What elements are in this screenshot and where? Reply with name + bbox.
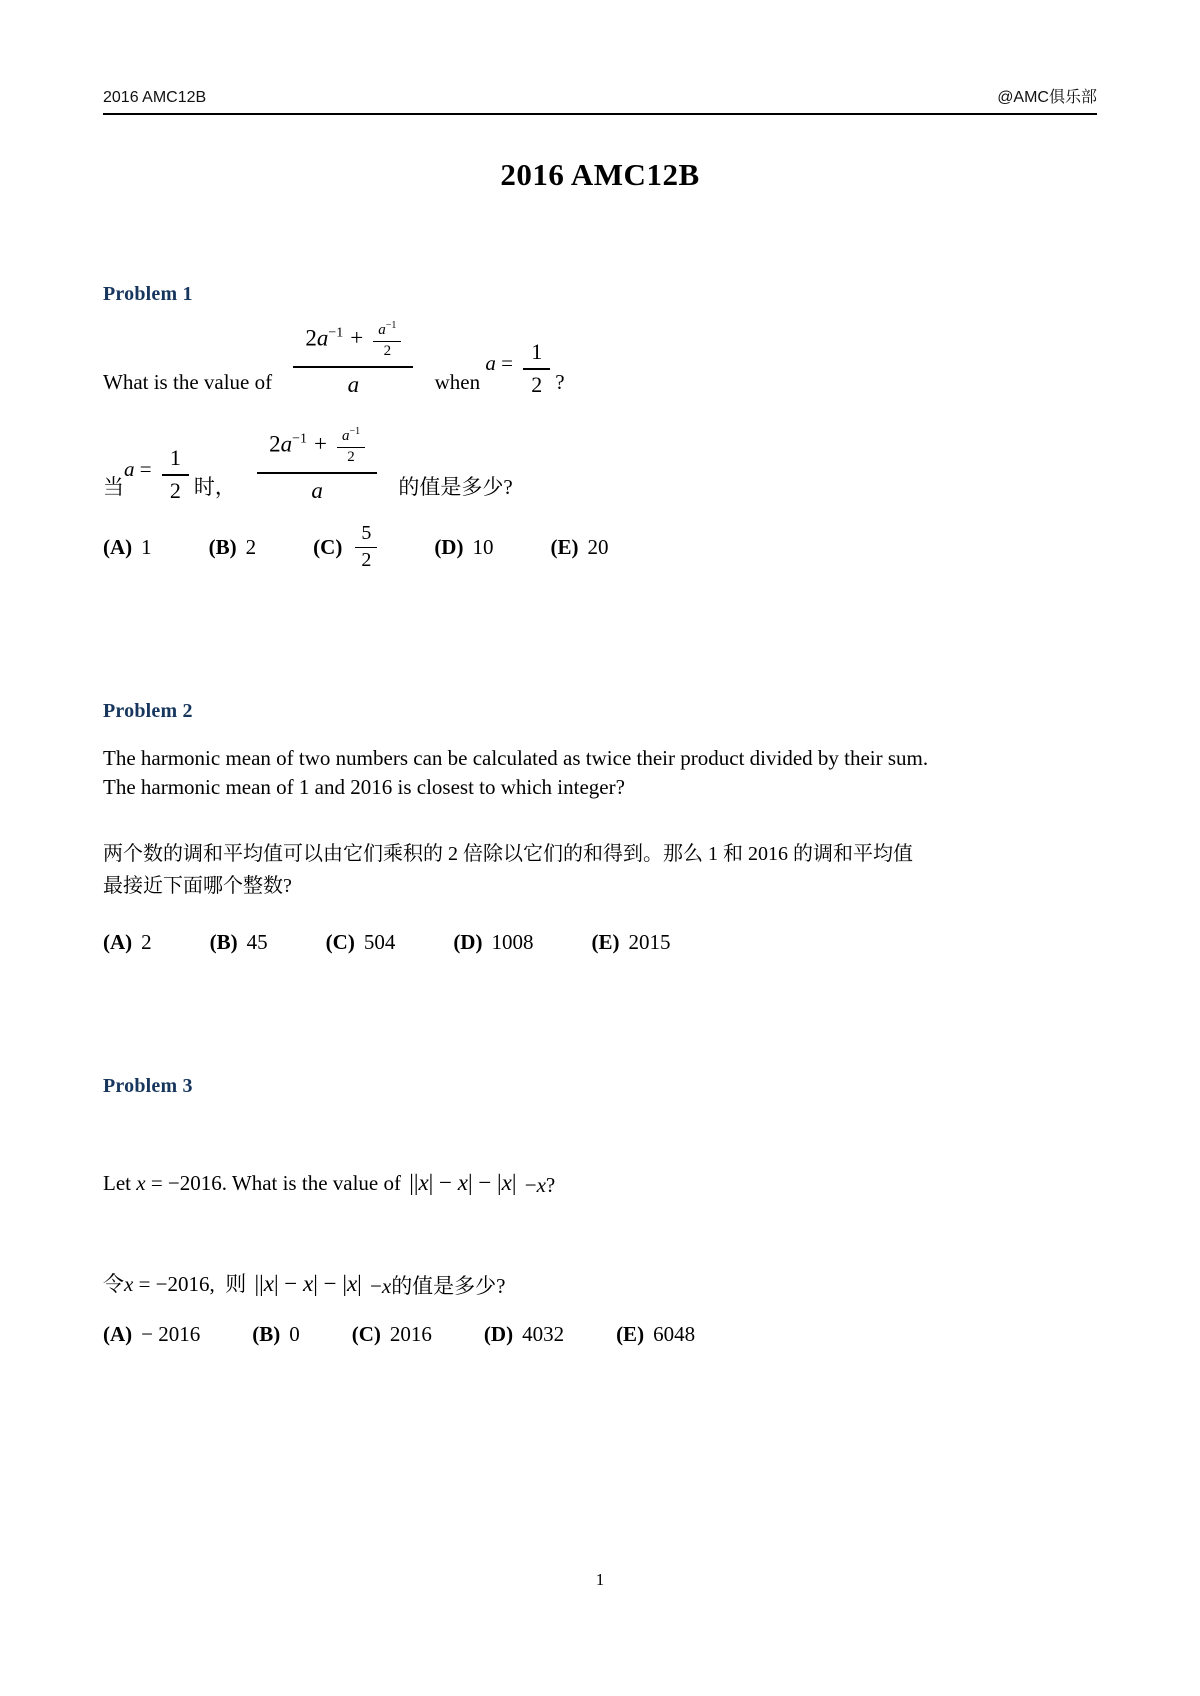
nested-numerator: a−1 [373, 320, 401, 342]
plus-operator: + [350, 325, 363, 350]
choice-value: 2 [141, 930, 152, 955]
problem-2-statement-zh: 两个数的调和平均值可以由它们乘积的 2 倍除以它们的和得到。那么 1 和 201… [103, 838, 1097, 902]
nested-fraction: a−12 [373, 320, 401, 360]
choice-a: (A)1 [103, 535, 152, 560]
fraction-denominator: 2 [523, 370, 550, 398]
question-mark: ? [546, 1173, 555, 1197]
nested-denominator: 2 [373, 342, 401, 360]
statement-line: 两个数的调和平均值可以由它们乘积的 2 倍除以它们的和得到。那么 1 和 201… [103, 838, 1097, 870]
choice-c: (C)52 [313, 522, 377, 572]
problem-3-answer-choices: (A)− 2016 (B)0 (C)2016 (D)4032 (E)6048 [103, 1322, 1097, 1347]
exponent: −1 [349, 426, 360, 437]
coefficient: 2 [305, 325, 317, 350]
variable-a: a [378, 322, 386, 338]
statement-text: 的值是多少? [391, 1274, 505, 1298]
choice-label: (A) [103, 535, 132, 560]
plus-operator: + [314, 431, 327, 456]
problem-1-answer-choices: (A)1 (B)2 (C)52 (D)10 (E)20 [103, 522, 1097, 572]
choice-value: 10 [472, 535, 493, 560]
bars: || [255, 1271, 264, 1296]
statement-line: The harmonic mean of 1 and 2016 is close… [103, 773, 1097, 802]
fraction-numerator: 1 [523, 339, 550, 370]
choice-value: 1008 [491, 930, 533, 955]
choice-e: (E)6048 [616, 1322, 695, 1347]
problem-2-statement-en: The harmonic mean of two numbers can be … [103, 744, 1097, 802]
choice-d: (D)1008 [453, 930, 533, 955]
problem-2-section: Problem 2 The harmonic mean of two numbe… [103, 700, 1097, 955]
variable-a: a [485, 351, 496, 375]
question-mark: ? [555, 370, 564, 398]
choice-label: (D) [453, 930, 482, 955]
choice-value: 2016 [390, 1322, 432, 1347]
bars: | [357, 1271, 362, 1296]
problem-3-statement-en: Let x = −2016. What is the value of ||x|… [103, 1170, 1097, 1196]
page-content: 2016 AMC12B @AMC俱乐部 2016 AMC12B Problem … [0, 0, 1200, 1347]
statement-text: 的值是多少? [393, 471, 513, 504]
exponent: −1 [328, 326, 343, 341]
problem-3-heading: Problem 3 [103, 1075, 1097, 1098]
expression-tail: −x的值是多少? [365, 1274, 506, 1298]
variable-x: x [502, 1170, 512, 1195]
variable-a: a [124, 457, 135, 481]
statement-text: Let [103, 1171, 136, 1195]
header-left-text: 2016 AMC12B [103, 89, 206, 107]
problem-3-section: Problem 3 Let x = −2016. What is the val… [103, 1075, 1097, 1347]
problem-3-statement-zh: 令x = −2016, 则 ||x| − x| − |x| −x的值是多少? [103, 1268, 1097, 1298]
statement-text: when [429, 370, 485, 398]
bars: | − [274, 1271, 303, 1296]
choice-label: (A) [103, 1322, 132, 1347]
variable-x: x [418, 1170, 428, 1195]
choice-label: (E) [616, 1322, 644, 1347]
choice-value: 20 [587, 535, 608, 560]
variable-a: a [317, 325, 329, 350]
choice-label: (B) [210, 930, 238, 955]
bars: | [512, 1170, 517, 1195]
main-fraction: 2a−1+a−12 a [293, 318, 413, 398]
variable-x: x [136, 1171, 145, 1195]
statement-text: 则 [225, 1272, 251, 1296]
variable-x: x [458, 1170, 468, 1195]
equals-value: = −2016, [133, 1272, 225, 1296]
equals-sign: = [496, 351, 518, 375]
choice-value: 504 [364, 930, 396, 955]
variable-x: x [382, 1274, 391, 1298]
choice-label: (D) [484, 1322, 513, 1347]
problem-2-heading: Problem 2 [103, 700, 1097, 723]
statement-line: The harmonic mean of two numbers can be … [103, 744, 1097, 773]
minus-sign: − [525, 1173, 537, 1197]
variable-x: x [303, 1271, 313, 1296]
problem-1-heading: Problem 1 [103, 283, 1097, 306]
fraction-denominator: a [257, 474, 377, 504]
problem-1-statement-zh: 当 a = 1 2 时， 2a−1+a−12 a 的值是多少? [103, 424, 1097, 504]
fraction-denominator: 2 [355, 548, 377, 572]
bars: | − | [313, 1271, 347, 1296]
doc-title: 2016 AMC12B [103, 157, 1097, 193]
variable-a: a [281, 431, 293, 456]
bars: | − [429, 1170, 458, 1195]
statement-line: 最接近下面哪个整数? [103, 870, 1097, 902]
a-equals: a = [485, 351, 518, 376]
problem-1-statement-en: What is the value of 2a−1+a−12 a when a … [103, 318, 1097, 398]
variable-x: x [537, 1173, 546, 1197]
choice-value: 45 [247, 930, 268, 955]
statement-text: What is the value of [103, 370, 277, 398]
choice-value: 0 [289, 1322, 300, 1347]
choice-label: (D) [434, 535, 463, 560]
equals-sign: = [135, 457, 157, 481]
choice-value: − 2016 [141, 1322, 200, 1347]
main-fraction: 2a−1+a−12 a [257, 424, 377, 504]
choice-label: (B) [209, 535, 237, 560]
choice-label: (E) [550, 535, 578, 560]
choice-label: (E) [591, 930, 619, 955]
page-header: 2016 AMC12B @AMC俱乐部 [103, 0, 1097, 107]
choice-label: (A) [103, 930, 132, 955]
minus-sign: − [370, 1274, 382, 1298]
choice-b: (B)2 [209, 535, 257, 560]
choice-value: 6048 [653, 1322, 695, 1347]
fraction-denominator: a [293, 368, 413, 398]
one-half-fraction: 1 2 [162, 445, 189, 504]
choice-value: 1 [141, 535, 152, 560]
choice-c: (C)504 [326, 930, 396, 955]
exponent: −1 [292, 432, 307, 447]
choice-value: 2015 [628, 930, 670, 955]
choice-label: (C) [326, 930, 355, 955]
choice-label: (C) [313, 535, 342, 560]
choice-fraction: 52 [355, 522, 377, 572]
choice-d: (D)10 [434, 535, 493, 560]
a-equals: a = [124, 457, 157, 482]
document-page: 2016 AMC12B @AMC俱乐部 2016 AMC12B Problem … [0, 0, 1200, 1696]
fraction-numerator: 1 [162, 445, 189, 476]
one-half-fraction: 1 2 [523, 339, 550, 398]
bars: | − | [468, 1170, 502, 1195]
problem-2-answer-choices: (A)2 (B)45 (C)504 (D)1008 (E)2015 [103, 930, 1097, 955]
statement-text: 令 [103, 1272, 124, 1296]
choice-e: (E)20 [550, 535, 608, 560]
absolute-value-expression: ||x| − x| − |x| [409, 1170, 516, 1195]
choice-d: (D)4032 [484, 1322, 564, 1347]
fraction-numerator: 5 [355, 522, 377, 548]
fraction-numerator: 2a−1+a−12 [293, 318, 413, 368]
choice-e: (E)2015 [591, 930, 670, 955]
nested-numerator: a−1 [337, 426, 365, 448]
nested-fraction: a−12 [337, 426, 365, 466]
choice-a: (A)2 [103, 930, 152, 955]
expression-tail: −x? [519, 1173, 555, 1197]
equals-value: = −2016. [146, 1171, 232, 1195]
statement-text: 当 [103, 471, 124, 504]
variable-x: x [347, 1271, 357, 1296]
fraction-numerator: 2a−1+a−12 [257, 424, 377, 474]
nested-denominator: 2 [337, 448, 365, 466]
coefficient: 2 [269, 431, 281, 456]
header-rule [103, 113, 1097, 115]
statement-text: What is the value of [232, 1171, 406, 1195]
variable-x: x [124, 1272, 133, 1296]
absolute-value-expression: ||x| − x| − |x| [255, 1271, 362, 1296]
choice-c: (C)2016 [352, 1322, 432, 1347]
fraction-denominator: 2 [162, 476, 189, 504]
choice-value: 4032 [522, 1322, 564, 1347]
choice-label: (B) [252, 1322, 280, 1347]
page-number: 1 [0, 1570, 1200, 1590]
choice-a: (A)− 2016 [103, 1322, 200, 1347]
exponent: −1 [386, 320, 397, 331]
header-right-text: @AMC俱乐部 [997, 84, 1097, 107]
problem-1-section: Problem 1 What is the value of 2a−1+a−12… [103, 283, 1097, 572]
variable-x: x [264, 1271, 274, 1296]
choice-value: 2 [246, 535, 257, 560]
choice-b: (B)0 [252, 1322, 300, 1347]
choice-label: (C) [352, 1322, 381, 1347]
statement-text: 时， [194, 471, 241, 504]
choice-b: (B)45 [210, 930, 268, 955]
